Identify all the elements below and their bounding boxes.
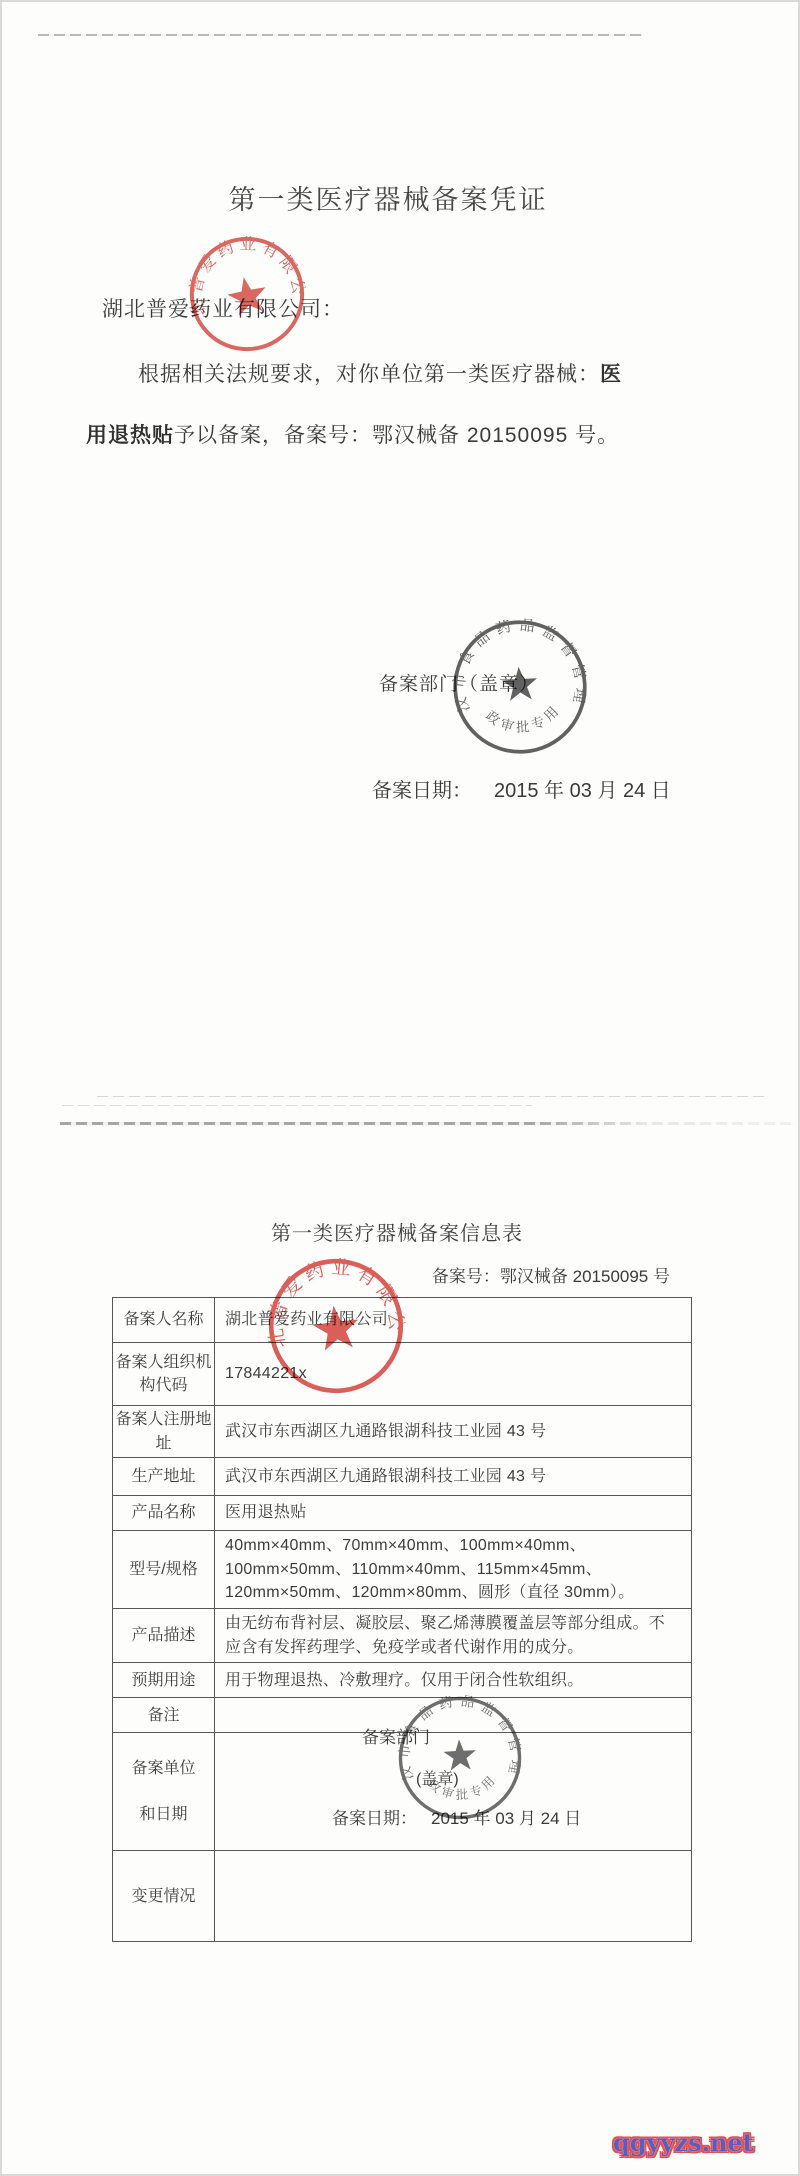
table-row: 变更情况 <box>113 1851 692 1942</box>
row-value <box>215 1733 692 1851</box>
filing-date-label: 备案日期： <box>372 780 472 802</box>
table-row: 产品描述由无纺布背衬层、凝胶层、聚乙烯薄膜覆盖层等部分组成。不应含有发挥药理学、… <box>113 1609 692 1663</box>
filing-date-value: 2015 年 03 月 24 日 <box>431 1809 581 1828</box>
row-value: 40mm×40mm、70mm×40mm、100mm×40mm、100mm×50m… <box>215 1531 692 1609</box>
site-watermark: qgyyzs.net <box>613 2128 754 2157</box>
filing-date-line: 备案日期：2015 年 03 月 24 日 <box>372 774 671 803</box>
table-row: 生产地址武汉市东西湖区九通路银湖科技工业园 43 号 <box>113 1458 692 1496</box>
row-value <box>215 1851 692 1942</box>
table-row: 产品名称医用退热贴 <box>113 1496 692 1531</box>
row-label: 产品描述 <box>113 1609 215 1663</box>
row-label: 产品名称 <box>113 1496 215 1531</box>
row-value: 湖北普爱药业有限公司 <box>215 1298 692 1343</box>
table-row: 备案人组织机 构代码17844221x <box>113 1343 692 1406</box>
row-value: 由无纺布背衬层、凝胶层、聚乙烯薄膜覆盖层等部分组成。不应含有发挥药理学、免疫学或… <box>215 1609 692 1663</box>
seal-here-hint: (盖章) <box>416 1766 459 1789</box>
scan-streak-top <box>38 34 642 36</box>
row-label: 变更情况 <box>113 1851 215 1942</box>
scan-streak-page-break-3 <box>60 1122 795 1125</box>
filing-department-label: 备案部门（盖章） <box>379 669 539 696</box>
info-table-title: 第一类医疗器械备案信息表 <box>2 1217 792 1246</box>
row-label: 预期用途 <box>113 1663 215 1698</box>
filing-info-table: 备案人名称湖北普爱药业有限公司 备案人组织机 构代码17844221x 备案人注… <box>112 1297 692 1942</box>
filing-date-value: 2015 年 03 月 24 日 <box>494 780 671 802</box>
filing-date-line: 备案日期：2015 年 03 月 24 日 <box>332 1804 581 1829</box>
product-name-bold: 用退热贴 <box>86 424 174 447</box>
filing-date-label: 备案日期： <box>332 1809 417 1828</box>
svg-text:武汉市食品药品监督管理局: 武汉市食品药品监督管理局 <box>441 606 590 715</box>
row-label: 备案人注册地 址 <box>113 1406 215 1458</box>
scan-streak-page-break-1 <box>97 1096 769 1097</box>
product-name-bold: 医 <box>600 363 622 386</box>
addressee-company-name: 湖北普爱药业有限公司： <box>102 293 344 323</box>
scanned-certificate-document: 第一类医疗器械备案凭证 湖北普爱药业有限公司： 根据相关法规要求，对你单位第一类… <box>0 0 800 2176</box>
row-label: 型号/规格 <box>113 1531 215 1609</box>
row-label: 生产地址 <box>113 1458 215 1496</box>
row-value: 医用退热贴 <box>215 1496 692 1531</box>
table-row: 型号/规格40mm×40mm、70mm×40mm、100mm×40mm、100m… <box>113 1531 692 1609</box>
filing-department-label: 备案部门 <box>362 1723 430 1748</box>
table-row: 预期用途用于物理退热、冷敷理疗。仅用于闭合性软组织。 <box>113 1663 692 1698</box>
body-paragraph-line-2: 用退热贴予以备案，备案号：鄂汉械备 20150095 号。 <box>86 419 619 449</box>
scan-streak-page-break-2 <box>62 1105 532 1106</box>
row-label: 备案人组织机 构代码 <box>113 1343 215 1406</box>
row-value: 武汉市东西湖区九通路银湖科技工业园 43 号 <box>215 1406 692 1458</box>
row-value: 17844221x <box>215 1343 692 1406</box>
table-row-filing-unit-date: 备案单位 和日期 <box>113 1733 692 1851</box>
row-label: 备案单位 和日期 <box>113 1733 215 1851</box>
row-value: 用于物理退热、冷敷理疗。仅用于闭合性软组织。 <box>215 1663 692 1698</box>
body-paragraph-line-1: 根据相关法规要求，对你单位第一类医疗器械：医 <box>138 358 622 388</box>
record-number-line: 备案号：鄂汉械备 20150095 号 <box>2 1262 670 1287</box>
row-label: 备案人名称 <box>113 1298 215 1343</box>
row-value: 武汉市东西湖区九通路银湖科技工业园 43 号 <box>215 1458 692 1496</box>
table-row: 备案人注册地 址武汉市东西湖区九通路银湖科技工业园 43 号 <box>113 1406 692 1458</box>
row-value <box>215 1698 692 1733</box>
table-row: 备案人名称湖北普爱药业有限公司 <box>113 1298 692 1343</box>
row-label: 备注 <box>113 1698 215 1733</box>
certificate-title: 第一类医疗器械备案凭证 <box>2 178 774 217</box>
